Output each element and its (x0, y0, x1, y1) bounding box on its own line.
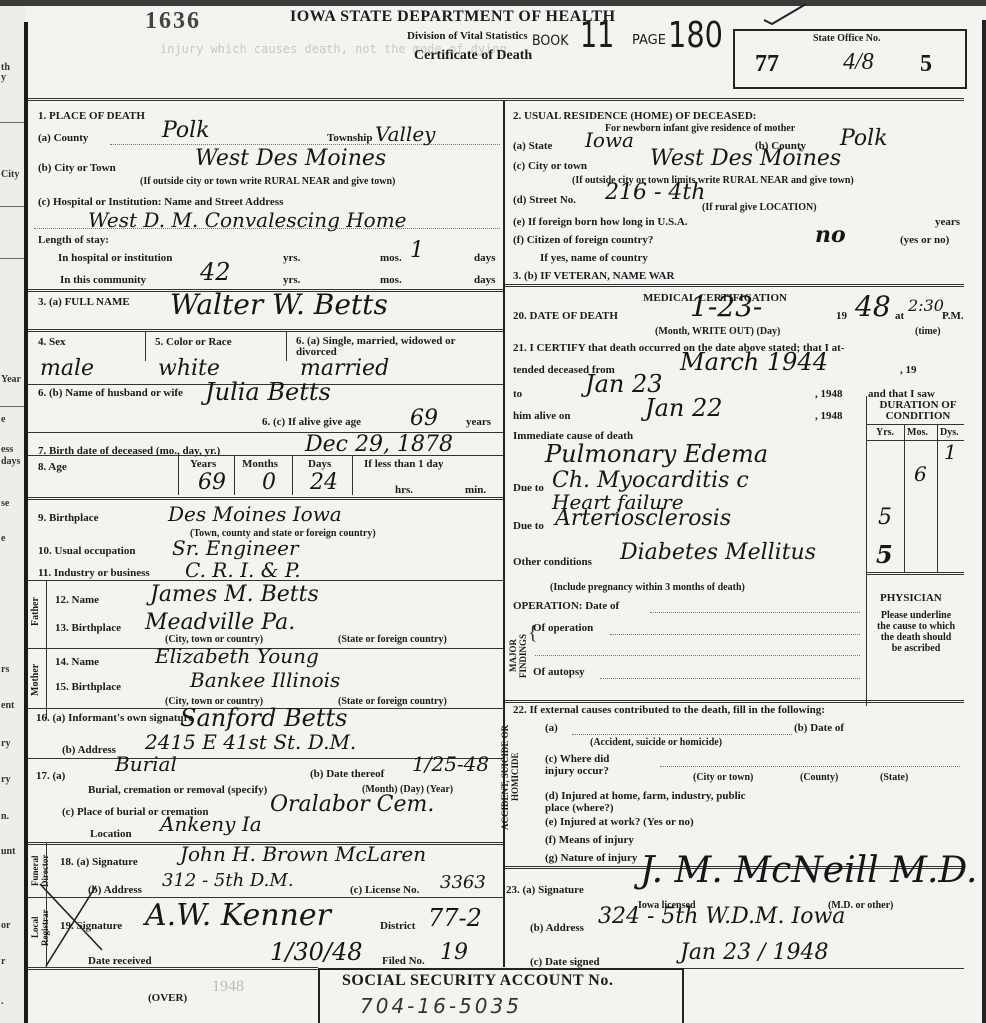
district-value: 77-2 (428, 904, 482, 932)
year-prefix: , 19 (900, 364, 917, 376)
city-value: West Des Moines (195, 146, 386, 171)
edge-fragment: unt (1, 846, 15, 857)
state-value: Iowa (585, 128, 634, 152)
spouse-label: 6. (b) Name of husband or wife (38, 387, 183, 399)
other-conditions-value: Diabetes Mellitus (620, 540, 816, 565)
duration-box-border (866, 396, 867, 706)
age-label: 8. Age (38, 461, 67, 473)
mos-unit: mos. (380, 274, 402, 286)
district-label: District (380, 920, 415, 932)
spouse-age-label: 6. (c) If alive give age (262, 416, 361, 428)
edge-fragment: City (1, 169, 19, 180)
time-at: at (895, 310, 904, 322)
physician-address-label: (b) Address (530, 922, 584, 934)
social-security-number: 704-16-5035 (360, 994, 522, 1018)
state-note: (State or foreign country) (338, 634, 447, 645)
state-office-label: State Office No. (813, 33, 880, 44)
over-note: (OVER) (148, 992, 187, 1004)
city-town-note: (City or town) (693, 772, 753, 783)
full-name-label: 3. (a) FULL NAME (38, 296, 130, 308)
residence-heading: 2. USUAL RESIDENCE (HOME) OF DECEASED: (513, 110, 756, 122)
occupation-label: 10. Usual occupation (38, 545, 136, 557)
informant-label: 16. (a) Informant's own signature (36, 712, 193, 724)
funeral-signature-label: 18. (a) Signature (60, 856, 138, 868)
ext-e-label: (e) Injured at work? (Yes or no) (545, 816, 694, 828)
birthplace-value: Des Moines Iowa (168, 502, 342, 526)
alive-on-value: Jan 22 (645, 394, 723, 422)
attended-to-label: to (513, 388, 522, 400)
county-value: Polk (162, 118, 210, 143)
burial-place-value: Oralabor Cem. (270, 792, 434, 817)
death-year-value: 48 (855, 290, 891, 323)
in-community-label: In this community (60, 274, 146, 286)
edge-fragment: e (1, 414, 5, 425)
adjacent-page-edge: th y City Year e ess days se e rs ent ry… (0, 6, 26, 1023)
burial-label: 17. (a) (36, 770, 65, 782)
birth-date-value: Dec 29, 1878 (305, 432, 453, 457)
birthplace-label: 9. Birthplace (38, 512, 99, 524)
registrar-signature: A.W. Kenner (145, 898, 331, 933)
ext-f-label: (f) Means of injury (545, 834, 634, 846)
sex-label: 4. Sex (38, 336, 66, 348)
city-label: (b) City or Town (38, 162, 116, 174)
state-note: (State or foreign country) (338, 696, 447, 707)
years-unit: years (935, 216, 960, 228)
city-note: (If outside city or town write RURAL NEA… (140, 176, 395, 187)
in-hospital-mos: 1 (410, 238, 424, 263)
yes-or-no-note: (yes or no) (900, 234, 949, 246)
veteran-label: 3. (b) IF VETERAN, NAME WAR (513, 270, 674, 282)
immediate-cause-value: Pulmonary Edema (545, 440, 768, 468)
department-title: IOWA STATE DEPARTMENT OF HEALTH (290, 8, 616, 26)
of-autopsy-label: Of autopsy (533, 666, 585, 678)
burial-date-value: 1/25-48 (412, 752, 489, 776)
time-suffix: P.M. (942, 310, 964, 322)
certificate-serial-number: 1636 (145, 8, 201, 35)
sex-value: male (40, 356, 94, 381)
date-signed-value: Jan 23 / 1948 (680, 940, 828, 965)
physician-note: Please underline the cause to which the … (877, 610, 955, 654)
ext-c-label: (c) Where did injury occur? (545, 753, 609, 777)
residence-county-value: Polk (840, 126, 888, 151)
filed-number-value: 19 (440, 940, 468, 965)
page-left-border (24, 22, 28, 1023)
book-number: 11 (580, 16, 614, 56)
informant-address-value: 2415 E 41st St. D.M. (145, 730, 356, 754)
state-note: (State) (880, 772, 908, 783)
edge-fragment: ry (1, 738, 10, 749)
location-label: Location (90, 828, 132, 840)
citizen-value: no (815, 222, 846, 248)
death-year-prefix: 19 (836, 310, 847, 322)
in-community-yrs: 42 (200, 258, 231, 286)
edge-fragment: ess (1, 444, 13, 455)
death-date-label: 20. DATE OF DEATH (513, 310, 618, 322)
length-of-stay-label: Length of stay: (38, 234, 109, 246)
father-birthplace-value: Meadville Pa. (145, 610, 295, 635)
years-unit: years (466, 416, 491, 428)
informant-signature: Sanford Betts (180, 704, 347, 732)
mos-unit: mos. (380, 252, 402, 264)
edge-fragment: y (1, 72, 6, 83)
in-hospital-label: In hospital or institution (58, 252, 172, 264)
street-label: (d) Street No. (513, 194, 576, 206)
hospital-label: (c) Hospital or Institution: Name and St… (38, 196, 283, 208)
ext-g-label: (g) Nature of injury (545, 852, 637, 864)
hrs-unit: hrs. (395, 484, 413, 496)
date-note: (Month, WRITE OUT) (Day) (655, 326, 780, 337)
marital-label: 6. (a) Single, married, widowed or divor… (296, 335, 455, 358)
filed-number-label: Filed No. (382, 955, 425, 967)
duration-heading: DURATION OF CONDITION (879, 399, 956, 422)
duration-value: 6 (914, 462, 927, 486)
burial-date-label: (b) Date thereof (310, 768, 384, 780)
external-causes-label: 22. If external causes contributed to th… (513, 704, 825, 716)
duration-dys-header: Dys. (940, 427, 959, 438)
father-name-label: 12. Name (55, 594, 99, 606)
physician-signature: J. M. McNeill M.D. (640, 850, 977, 891)
occupation-value: Sr. Engineer (172, 536, 299, 560)
ext-d-label: (d) Injured at home, farm, industry, pub… (545, 790, 746, 814)
page-right-border (982, 20, 986, 1023)
informant-address-label: (b) Address (62, 744, 116, 756)
county-note: (County) (800, 772, 838, 783)
burial-note: Burial, cremation or removal (specify) (88, 784, 267, 796)
yrs-unit: yrs. (283, 252, 300, 264)
window-top-border (0, 0, 986, 6)
father-section-label: Father (30, 582, 41, 642)
divider (28, 98, 964, 101)
state-office-part: 77 (755, 51, 779, 78)
state-office-part: 4/8 (843, 49, 874, 76)
father-name-value: James M. Betts (150, 582, 319, 607)
age-years-header: Years (190, 458, 216, 470)
duration-value: 5 (876, 540, 893, 569)
attended-from-value: March 1944 (680, 348, 828, 376)
physician-address-value: 324 - 5th W.D.M. Iowa (598, 904, 845, 929)
state-office-number-box: State Office No. 77 4/8 5 (733, 29, 967, 89)
division-name: Division of Vital Statistics (407, 30, 528, 42)
major-findings-label: MAJOR FINDINGS (508, 622, 528, 690)
due-to-2-value: Arteriosclerosis (555, 506, 731, 531)
foreign-born-label: (e) If foreign born how long in U.S.A. (513, 216, 688, 228)
accident-suicide-homicide-label: ACCIDENT, SUICIDE OR HOMICIDE (500, 722, 526, 832)
full-name-value: Walter W. Betts (170, 288, 388, 321)
residence-city-value: West Des Moines (650, 146, 841, 171)
place-of-death-heading: 1. PLACE OF DEATH (38, 110, 145, 122)
county-label: (a) County (38, 132, 88, 144)
days-unit: days (474, 274, 495, 286)
mother-name-label: 14. Name (55, 656, 99, 668)
edge-fragment: rs (1, 664, 9, 675)
faint-stamp: 1948 (212, 978, 244, 996)
age-years-value: 69 (198, 470, 226, 495)
age-days-header: Days (308, 458, 331, 470)
date-signed-label: (c) Date signed (530, 956, 600, 968)
street-note: (If rural give LOCATION) (702, 202, 817, 213)
edge-fragment: or (1, 920, 10, 931)
edge-fragment: ent (1, 700, 14, 711)
country-label: If yes, name of country (540, 252, 648, 264)
edge-fragment: ry (1, 774, 10, 785)
edge-fragment: Year (1, 374, 21, 385)
duration-yrs-header: Yrs. (876, 427, 894, 438)
mother-birthplace-value: Bankee Illinois (190, 668, 340, 692)
pregnancy-note: (Include pregnancy within 3 months of de… (550, 582, 745, 593)
of-operation-label: Of operation (533, 622, 593, 634)
spouse-age-value: 69 (410, 406, 438, 431)
physician-heading: PHYSICIAN (880, 592, 942, 604)
duration-value: 5 (878, 505, 892, 530)
min-unit: min. (465, 484, 486, 496)
mother-name-value: Elizabeth Young (155, 644, 319, 668)
industry-label: 11. Industry or business (38, 567, 150, 579)
edge-fragment: r (1, 956, 5, 967)
state-office-part: 5 (920, 51, 932, 78)
death-date-value: 1-23- (690, 290, 762, 323)
father-birthplace-label: 13. Birthplace (55, 622, 121, 634)
age-hours-header: If less than 1 day (364, 458, 443, 470)
x-mark-icon (36, 880, 106, 970)
edge-fragment: se (1, 498, 9, 509)
age-months-value: 0 (262, 470, 276, 495)
township-value: Valley (375, 122, 435, 146)
township-label: Township (327, 132, 372, 144)
days-unit: days (474, 252, 495, 264)
alive-year: , 1948 (815, 410, 843, 422)
license-value: 3363 (440, 872, 486, 893)
funeral-address-value: 312 - 5th D.M. (162, 870, 294, 891)
street-value: 216 - 4th (605, 180, 705, 205)
race-label: 5. Color or Race (155, 336, 232, 348)
page-label: PAGE (632, 33, 666, 48)
page-number: 180 (668, 16, 723, 56)
mother-section-label: Mother (30, 650, 41, 710)
attended-to-year: , 1948 (815, 388, 843, 400)
license-label: (c) License No. (350, 884, 419, 896)
physician-signature-label: 23. (a) Signature (506, 884, 584, 896)
alive-on-label: him alive on (513, 410, 570, 422)
mother-birthplace-label: 15. Birthplace (55, 681, 121, 693)
column-divider (503, 101, 505, 967)
time-note: (time) (915, 326, 941, 337)
edge-fragment: n. (1, 811, 9, 822)
ext-b-label: (b) Date of (794, 722, 844, 734)
industry-value: C. R. I. & P. (185, 558, 301, 582)
checkmark-icon (760, 2, 810, 26)
duration-mos-header: Mos. (907, 427, 928, 438)
age-months-header: Months (242, 458, 278, 470)
ext-a-label: (a) (545, 722, 558, 734)
death-time-value: 2:30 (908, 296, 944, 315)
state-label: (a) State (513, 140, 552, 152)
due-to-label: Due to (513, 482, 544, 494)
burial-value: Burial (115, 752, 177, 776)
other-conditions-label: Other conditions (513, 556, 592, 568)
duration-value: 1 (944, 440, 957, 464)
certificate-title: Certificate of Death (414, 48, 532, 64)
citizen-label: (f) Citizen of foreign country? (513, 234, 653, 246)
edge-fragment: . (1, 996, 4, 1007)
ext-a-note: (Accident, suicide or homicide) (590, 737, 722, 748)
social-security-label: SOCIAL SECURITY ACCOUNT No. (342, 972, 613, 990)
due-to-label: Due to (513, 520, 544, 532)
location-value: Ankeny Ia (160, 812, 262, 836)
social-security-box: SOCIAL SECURITY ACCOUNT No. 704-16-5035 (318, 968, 684, 1023)
funeral-signature: John H. Brown McLaren (180, 842, 426, 866)
date-received-value: 1/30/48 (270, 938, 363, 966)
book-label: BOOK (532, 33, 568, 49)
edge-fragment: e (1, 533, 5, 544)
age-days-value: 24 (310, 470, 338, 495)
residence-city-label: (c) City or town (513, 160, 587, 172)
operation-date-label: OPERATION: Date of (513, 600, 619, 612)
spouse-value: Julia Betts (205, 378, 331, 406)
yrs-unit: yrs. (283, 274, 300, 286)
edge-fragment: days (1, 456, 20, 467)
